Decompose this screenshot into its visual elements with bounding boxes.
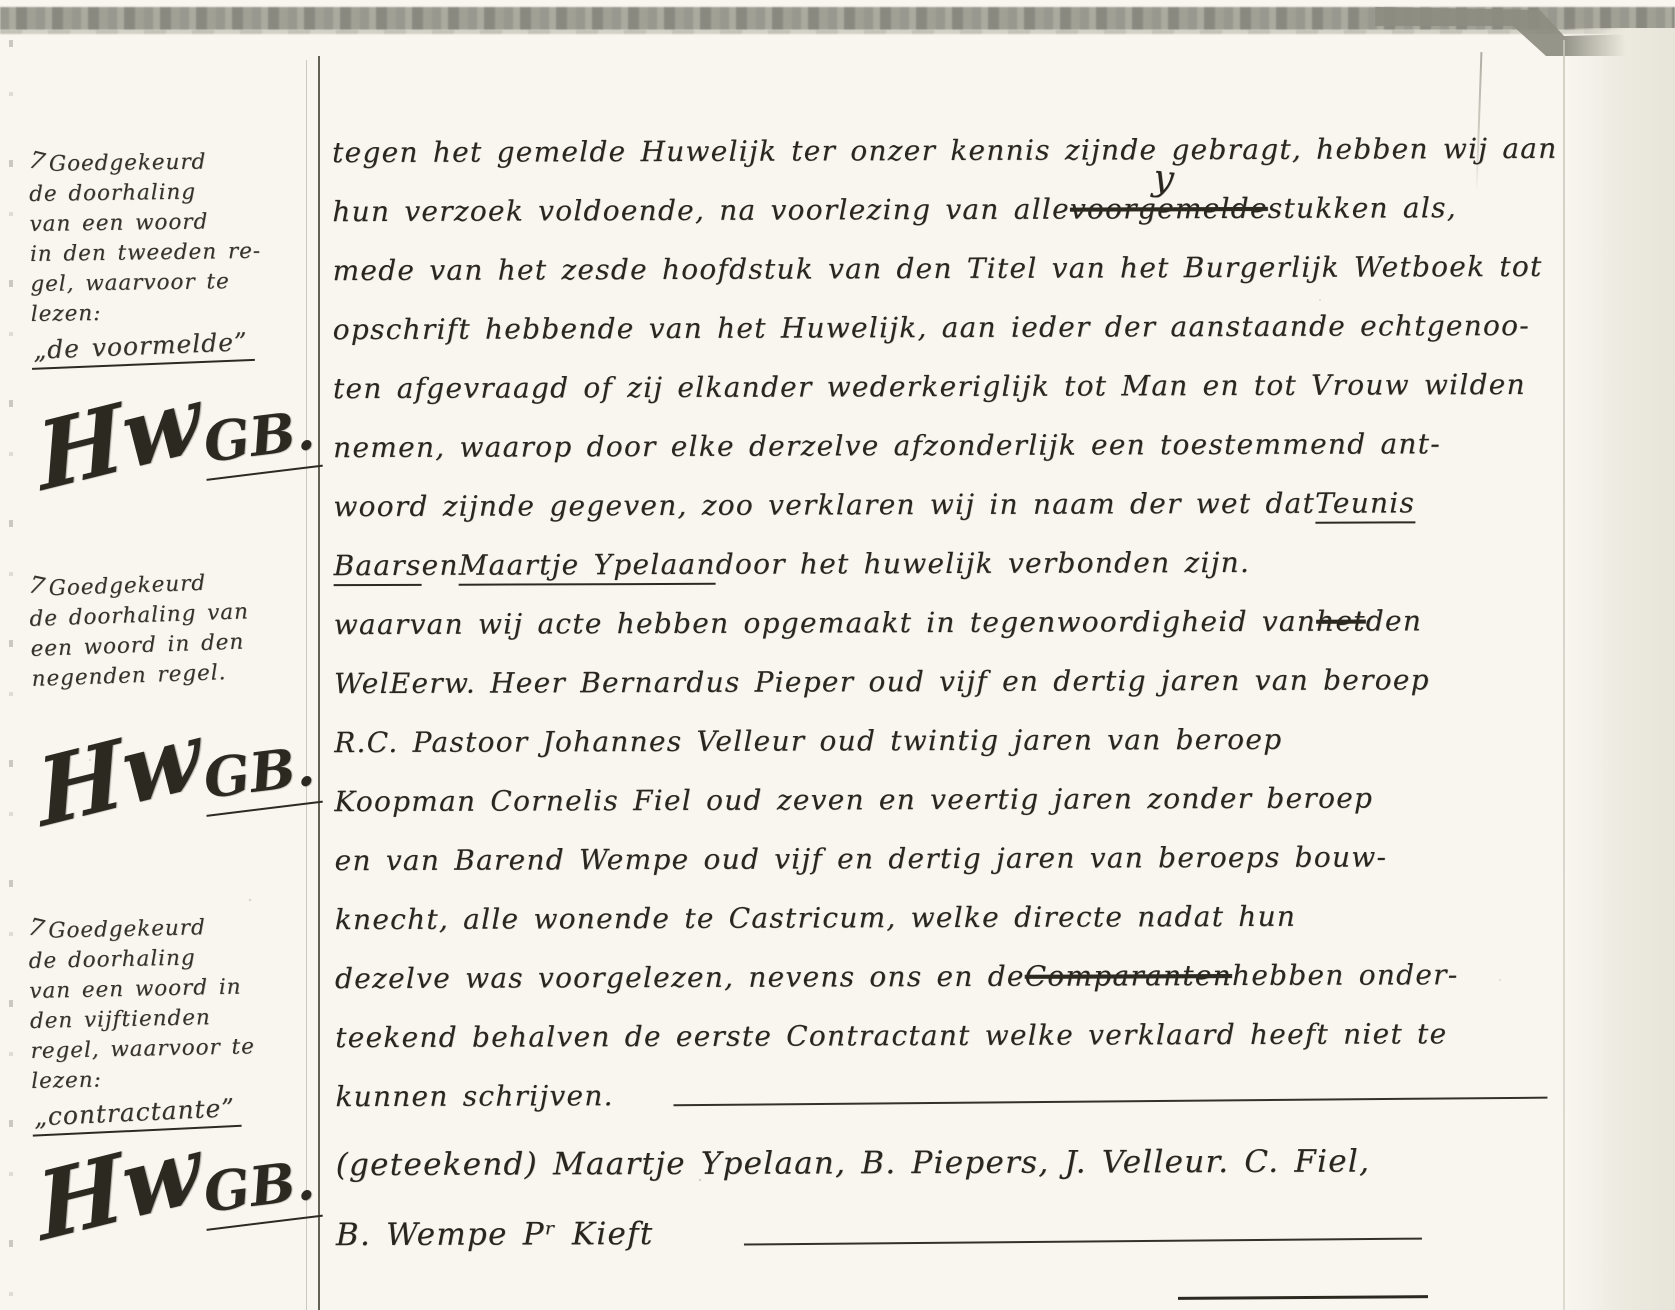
line-text: teekend behalven de eerste Contractant w… (335, 1017, 1447, 1064)
margin-divider-line (318, 56, 320, 1310)
line-text: waarvan wij acte hebben opgemaakt in teg… (334, 605, 1317, 651)
struck-word: Comparanten (1025, 959, 1232, 1003)
official-initials: GB. (198, 397, 322, 481)
text-line-17: kunnen schrijven. (335, 1060, 1561, 1123)
official-initials: GB. (198, 1147, 322, 1231)
signature-names: (geteekend) Maartje Ypelaan, B. Piepers,… (336, 1144, 1371, 1194)
line-text: opschrift hebbende van het Huwelijk, aan… (333, 309, 1530, 356)
line-text: hun verzoek voldoende, na voorlezing van… (332, 193, 1070, 239)
struck-word: het (1316, 605, 1366, 648)
groom-surname-underlined: Baars (334, 549, 422, 586)
reference-mark: 7 (25, 911, 47, 944)
act-body-text: tegen het gemelde Huwelijk ter onzer ken… (332, 116, 1562, 1263)
margin-note-text: Goedgekeurd (48, 571, 206, 601)
line-text: stukken als, (1268, 191, 1457, 235)
margin-note-1: 7Goedgekeurd de doorhaling van een woord… (28, 144, 313, 367)
official-initials-flourish: Hw (33, 700, 206, 849)
margin-note-line: de doorhaling (29, 176, 311, 210)
closing-rule-line (743, 1228, 1421, 1246)
margin-note-line: 7Goedgekeurd (28, 144, 310, 180)
official-initials: GB. (198, 733, 322, 817)
line-text: door het huwelijk verbonden zijn. (716, 546, 1250, 591)
text-line-6: nemen, waarop door elke derzelve afzonde… (333, 411, 1559, 474)
line-text: mede van het zesde hoofdstuk van den Tit… (332, 250, 1542, 297)
line-text: en (422, 549, 459, 592)
signature-transcript-line-1: (geteekend) Maartje Ypelaan, B. Piepers,… (336, 1119, 1562, 1193)
line-text: hebben onder- (1232, 958, 1459, 1002)
scan-left-edge-marks (9, 40, 13, 1310)
bottom-right-rule-line (1178, 1295, 1428, 1300)
line-text: ten afgevraagd of zij elkander wederkeri… (333, 368, 1526, 415)
text-line-14: knecht, alle wonende te Castricum, welke… (335, 883, 1561, 946)
text-line-8: Baars en Maartje Ypelaan door het huweli… (333, 529, 1559, 592)
line-text: WelEerw. Heer Bernardus Pieper oud vijf … (334, 663, 1430, 710)
signature-transcript-line-2: B. Wempe Pʳ Kieft (336, 1189, 1562, 1263)
text-line-3: mede van het zesde hoofdstuk van den Tit… (332, 234, 1558, 297)
text-line-9: waarvan wij acte hebben opgemaakt in teg… (334, 588, 1560, 651)
official-initials-flourish: Hw (33, 364, 206, 513)
line-text: den (1366, 604, 1422, 647)
margin-note-3: 7Goedgekeurd de doorhaling van een woord… (28, 909, 315, 1134)
line-text: woord zijnde gegeven, zoo verklaren wij … (333, 487, 1315, 533)
text-line-13: en van Barend Wempe oud vijf en dertig j… (334, 824, 1560, 887)
struck-word: voorgemeldey (1070, 192, 1268, 236)
bride-name-underlined: Maartje Ypelaan (459, 548, 716, 586)
line-text: knecht, alle wonende te Castricum, welke… (335, 900, 1296, 946)
margin-note-line: lezen: (31, 1061, 314, 1097)
text-line-11: R.C. Pastoor Johannes Velleur oud twinti… (334, 706, 1560, 769)
margin-note-text: Goedgekeurd (49, 149, 207, 176)
struck-word-text: Comparanten (1025, 959, 1232, 993)
margin-note-line: van een woord (29, 206, 311, 240)
margin-note-text: Goedgekeurd (48, 915, 206, 943)
line-text: dezelve was voorgelezen, nevens ons en d… (335, 960, 1025, 1005)
text-line-2: hun verzoek voldoende, na voorlezing van… (332, 175, 1558, 238)
text-line-7: woord zijnde gegeven, zoo verklaren wij … (333, 470, 1559, 533)
signature-names: B. Wempe Pʳ Kieft (336, 1216, 654, 1263)
line-text: en van Barend Wempe oud vijf en dertig j… (335, 840, 1388, 887)
text-line-12: Koopman Cornelis Fiel oud zeven en veert… (334, 765, 1560, 828)
margin-note-line: gel, waarvoor te (30, 266, 312, 300)
closing-rule-line (674, 1087, 1548, 1107)
margin-initials-1: Hw GB. (14, 376, 304, 546)
scanned-marriage-record-page: 7Goedgekeurd de doorhaling van een woord… (0, 0, 1675, 1310)
line-text: nemen, waarop door elke derzelve afzonde… (333, 427, 1441, 474)
text-line-4: opschrift hebbende van het Huwelijk, aan… (333, 293, 1559, 356)
struck-word-text: het (1316, 605, 1366, 638)
text-line-1: tegen het gemelde Huwelijk ter onzer ken… (332, 116, 1558, 179)
line-text: tegen het gemelde Huwelijk ter onzer ken… (332, 132, 1558, 179)
text-line-10: WelEerw. Heer Bernardus Pieper oud vijf … (334, 647, 1560, 710)
groom-name-underlined: Teunis (1315, 486, 1415, 523)
margin-initials-2: Hw GB. (14, 712, 304, 882)
margin-note-2: 7Goedgekeurd de doorhaling van een woord… (28, 563, 314, 695)
line-text: Koopman Cornelis Fiel oud zeven en veert… (334, 782, 1373, 829)
official-initials-flourish: Hw (33, 1114, 206, 1263)
insertion-caret-icon: y (1151, 157, 1177, 200)
line-text: kunnen schrijven. (335, 1079, 613, 1123)
text-line-5: ten afgevraagd of zij elkander wederkeri… (333, 352, 1559, 415)
reference-mark: 7 (26, 569, 48, 602)
page-right-edge-line (1563, 40, 1565, 1310)
line-text: R.C. Pastoor Johannes Velleur oud twinti… (334, 723, 1282, 769)
margin-correction-quote: „de voormelde” (31, 327, 255, 370)
text-line-16: teekend behalven de eerste Contractant w… (335, 1001, 1561, 1064)
text-line-15: dezelve was voorgelezen, nevens ons en d… (335, 942, 1561, 1005)
scan-top-edge-shadow (0, 30, 1675, 34)
page-right-edge-shading (1565, 28, 1675, 1310)
margin-note-line: in den tweeden re- (30, 236, 312, 270)
margin-note-line: lezen: (31, 296, 313, 330)
reference-mark: 7 (26, 144, 49, 177)
margin-initials-3: Hw GB. (14, 1126, 304, 1296)
